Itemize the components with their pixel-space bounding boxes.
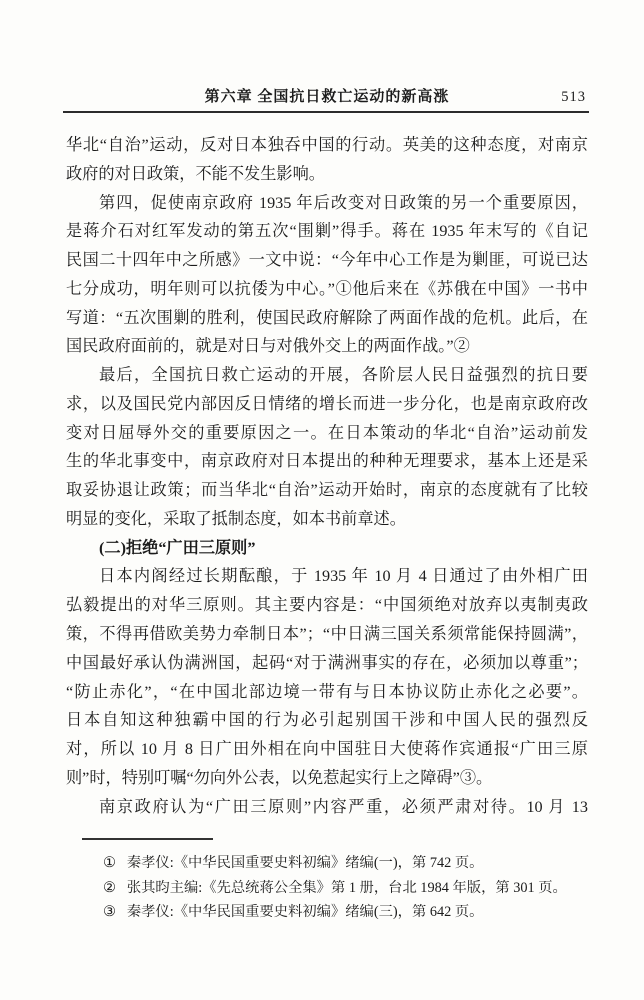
body-line: 政府的对日政策，不能不发生影响。	[66, 160, 588, 189]
body-line: 华北“自治”运动，反对日本独吞中国的行动。英美的这种态度，对南京	[66, 131, 588, 160]
body-line: 变对日屈辱外交的重要原因之一。在日本策动的华北“自治”运动前发	[66, 419, 588, 448]
body-line: 对，所以 10 月 8 日广田外相在向中国驻日大使蒋作宾通报“广田三原	[66, 735, 588, 764]
body-line: 则”时，特别叮嘱“勿向外公表，以免惹起实行上之障碍”③。	[66, 764, 588, 793]
chapter-title: 第六章 全国抗日救亡运动的新高涨	[66, 87, 588, 107]
body-line: 明显的变化，采取了抵制态度，如本书前章述。	[66, 505, 588, 534]
footnote: ②张其昀主编:《先总统蒋公全集》第 1 册，台北 1984 年版，第 301 页…	[103, 876, 589, 901]
footnote-marker: ③	[103, 900, 116, 925]
footnote-separator	[82, 838, 213, 840]
body-line: 民国二十四年中之所感》一文中说：“今年中心工作是为剿匪，可说已达	[66, 246, 588, 275]
footnote-text: 张其昀主编:《先总统蒋公全集》第 1 册，台北 1984 年版，第 301 页。	[127, 880, 567, 896]
body-line: 求，以及国民党内部因反日情绪的增长而进一步分化，也是南京政府改	[66, 390, 588, 419]
page-number: 513	[561, 87, 586, 107]
body-line: 国民政府面前的，就是对日与对俄外交上的两面作战。”②	[66, 332, 588, 361]
body-line: 日本内阁经过长期酝酿，于 1935 年 10 月 4 日通过了由外相广田	[66, 562, 588, 591]
footnote-marker: ②	[103, 876, 116, 901]
body-line: 日本自知这种独霸中国的行为必引起别国干涉和中国人民的强烈反	[66, 706, 588, 735]
body-line: (二)拒绝“广田三原则”	[66, 534, 588, 563]
body-line: 中国最好承认伪满洲国，起码“对于满洲事实的存在，必须加以尊重”；	[66, 649, 588, 678]
footnotes: ①秦孝仪:《中华民国重要史料初编》绪编(一)，第 742 页。 ②张其昀主编:《…	[103, 851, 589, 925]
footnote: ①秦孝仪:《中华民国重要史料初编》绪编(一)，第 742 页。	[103, 851, 589, 876]
running-header: 第六章 全国抗日救亡运动的新高涨 513	[66, 87, 588, 107]
body-line: “防止赤化”，“在中国北部边境一带有与日本协议防止赤化之必要”。	[66, 678, 588, 707]
body-line: 最后，全国抗日救亡运动的开展，各阶层人民日益强烈的抗日要	[66, 361, 588, 390]
body-line: 生的华北事变中，南京政府对日本提出的种种无理要求，基本上还是采	[66, 447, 588, 476]
body-line: 是蒋介石对红军发动的第五次“围剿”得手。蒋在 1935 年末写的《自记	[66, 217, 588, 246]
body-line: 写道：“五次围剿的胜利，使国民政府解除了两面作战的危机。此后，在	[66, 304, 588, 333]
body-line: 第四，促使南京政府 1935 年后改变对日政策的另一个重要原因，	[66, 189, 588, 218]
footnote-text: 秦孝仪:《中华民国重要史料初编》绪编(一)，第 742 页。	[127, 855, 484, 871]
header-rule	[63, 111, 589, 113]
book-page: 第六章 全国抗日救亡运动的新高涨 513 华北“自治”运动，反对日本独吞中国的行…	[0, 0, 644, 1000]
footnote-marker: ①	[103, 851, 116, 876]
body-line: 取妥协退让政策；而当华北“自治”运动开始时，南京的态度就有了比较	[66, 476, 588, 505]
footnote: ③秦孝仪:《中华民国重要史料初编》绪编(三)，第 642 页。	[103, 900, 589, 925]
body-text: 华北“自治”运动，反对日本独吞中国的行动。英美的这种态度，对南京 政府的对日政策…	[66, 131, 588, 821]
footnote-text: 秦孝仪:《中华民国重要史料初编》绪编(三)，第 642 页。	[127, 904, 484, 920]
body-line: 弘毅提出的对华三原则。其主要内容是：“中国须绝对放弃以夷制夷政	[66, 591, 588, 620]
body-line: 南京政府认为“广田三原则”内容严重，必须严肃对待。10 月 13	[66, 793, 588, 822]
body-line: 七分成功，明年则可以抗倭为中心。”①他后来在《苏俄在中国》一书中	[66, 275, 588, 304]
body-line: 策，不得再借欧美势力牵制日本”；“中日满三国关系须常能保持圆满”，	[66, 620, 588, 649]
